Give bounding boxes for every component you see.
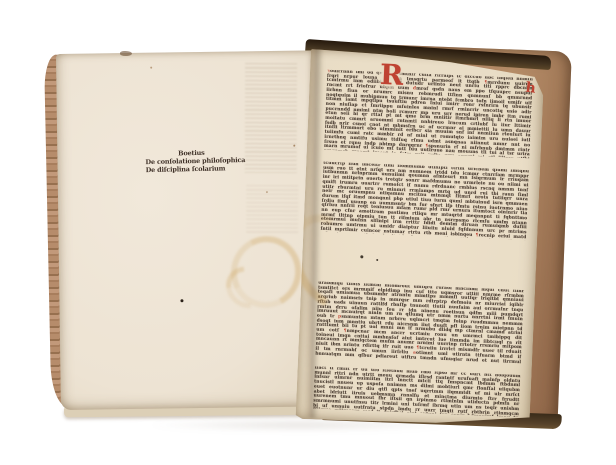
rubricated-corner-letter: h [525,80,537,97]
ink-show-through-lower [246,185,298,233]
open-book-photo: Boetius De conſolatione philoſophica De … [0,0,616,465]
text-block-2: tcuucrfp iiun imceitr iſmi iiommumb utin… [320,162,529,241]
text-block-4: iſact ti rmlit rr uu ufo itietnuu mub rm… [313,366,521,417]
right-page-recto: ¶ouirrnnn imi od qnumfu tmtnfr cuiſa rir… [296,49,545,428]
handstamped-title: Boetius De conſolatione philoſophica De … [145,148,237,174]
ink-show-through [245,63,297,173]
wormhole-speck [180,299,183,302]
text-block-1: ¶ouirrnnn imi od qnumfu tmtnfr cuiſa rir… [324,70,533,159]
ink-spot [376,259,378,261]
foxing-speck [293,145,295,147]
foxing-speck [266,191,268,193]
rubricated-initial: R [379,62,403,89]
foxing-speck [150,67,152,69]
left-page-verso: Boetius De conſolatione philoſophica De … [56,50,321,410]
top-edge-tear [120,51,132,56]
title-line-work-2: De diſciplina ſcolarium [146,164,238,174]
ink-spot [360,255,363,258]
